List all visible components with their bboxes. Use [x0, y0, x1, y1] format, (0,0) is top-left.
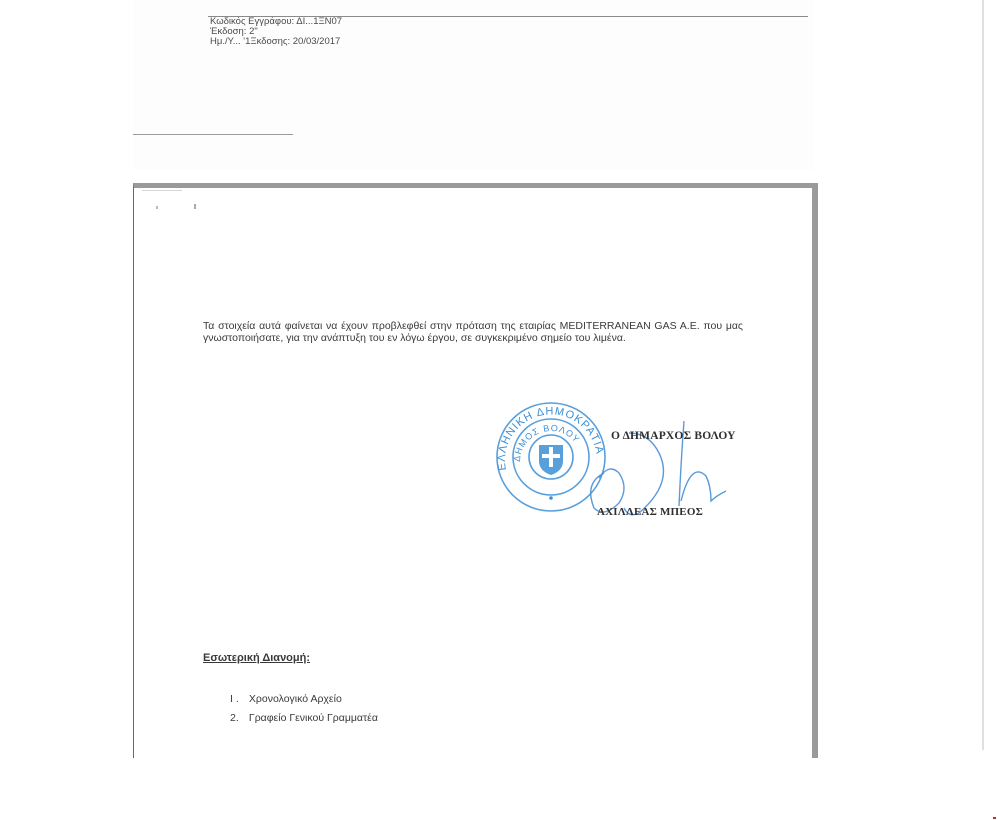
distribution-heading: Εσωτερική Διανομή: — [203, 652, 310, 664]
scan-artifact — [194, 204, 196, 209]
doc-edition-date: Ημ./Υ... '1Ξκδοσης: 20/03/2017 — [210, 37, 342, 47]
page-end-rule — [133, 134, 293, 135]
signer-name: ΑΧΙΛΛΕΑΣ ΜΠΕΟΣ — [597, 506, 703, 518]
distribution-list: I . Χρονολογικό Αρχείο 2. Γραφείο Γενικο… — [230, 690, 378, 728]
list-item: I . Χρονολογικό Αρχείο — [230, 690, 378, 709]
scan-artifact — [142, 190, 182, 191]
previous-page-footer: Κωδικός Εγγράφου: ΔΙ...1ΞΝ07 Έκδοση: 2" … — [133, 0, 813, 170]
document-meta: Κωδικός Εγγράφου: ΔΙ...1ΞΝ07 Έκδοση: 2" … — [210, 17, 342, 47]
body-paragraph: Τα στοιχεία αυτά φαίνεται να έχουν προβλ… — [203, 320, 743, 344]
indicator-mark — [993, 817, 996, 819]
scrollbar[interactable] — [982, 0, 984, 750]
document-page: Τα στοιχεία αυτά φαίνεται να έχουν προβλ… — [133, 183, 818, 758]
signer-title: Ο ΔΗΜΑΡΧΟΣ ΒΟΛΟΥ — [611, 430, 736, 442]
list-item: 2. Γραφείο Γενικού Γραμματέα — [230, 709, 378, 728]
scan-artifact — [156, 206, 158, 209]
